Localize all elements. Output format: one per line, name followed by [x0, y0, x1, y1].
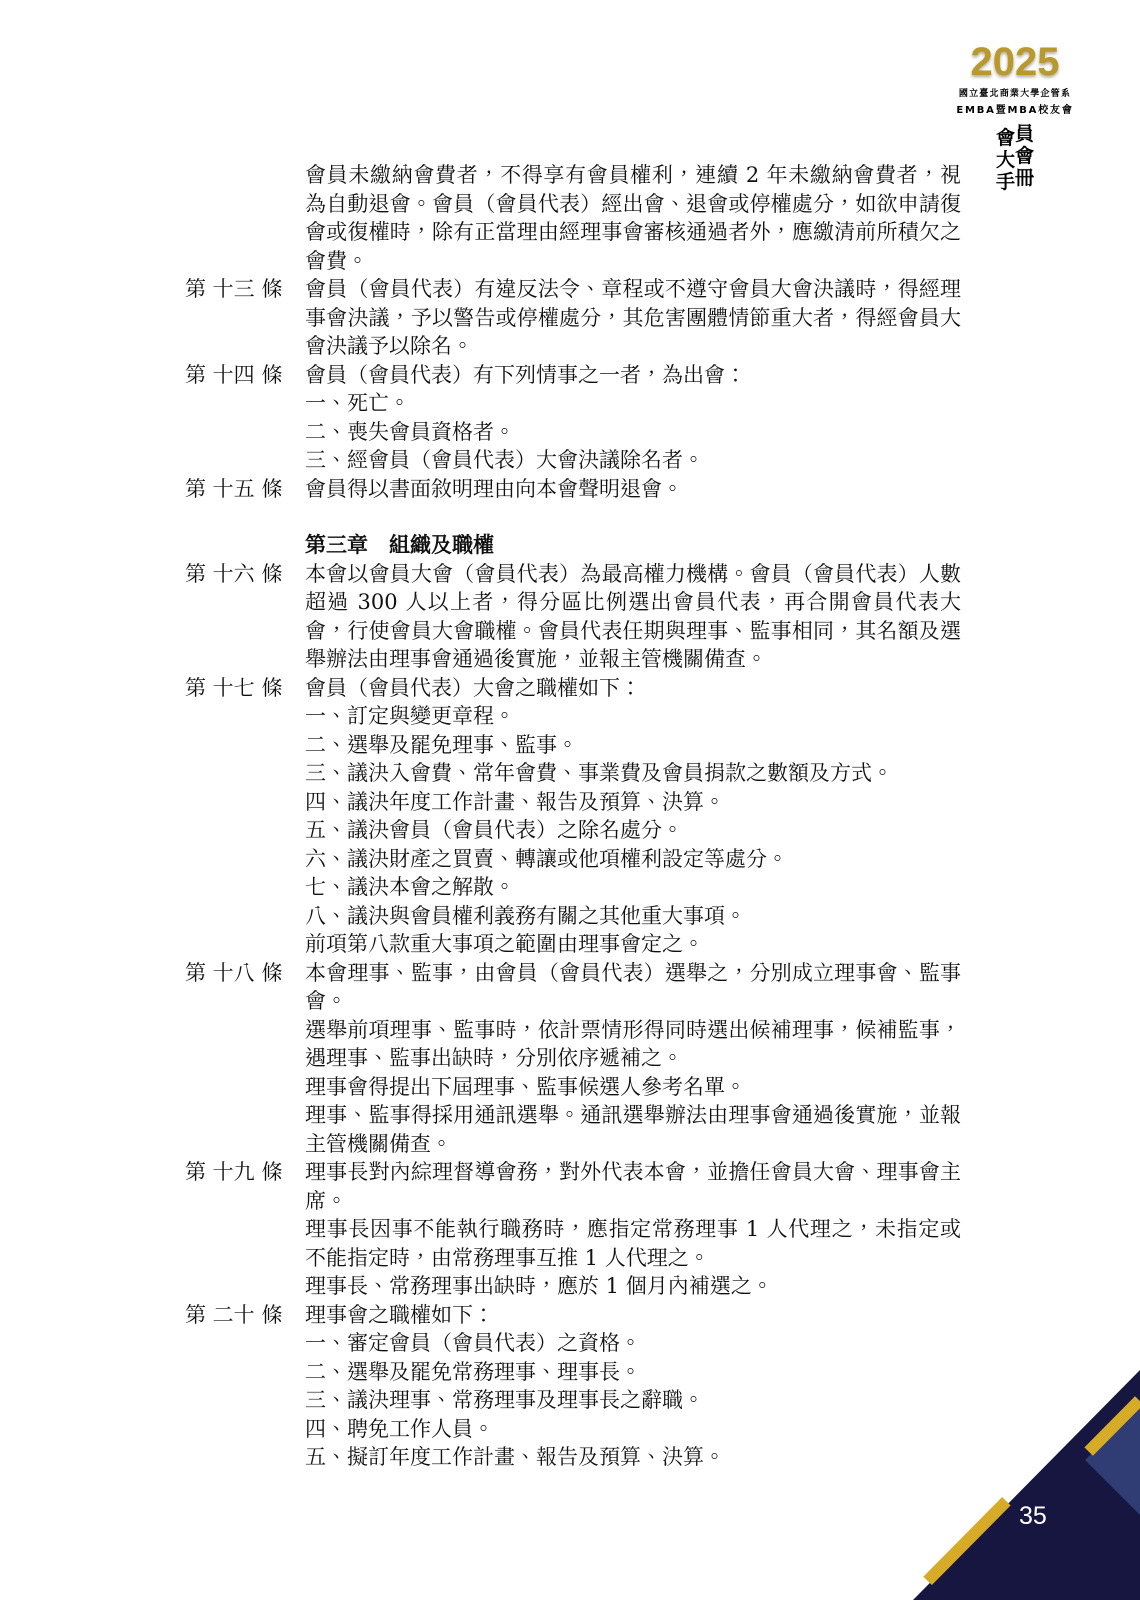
article-number: 第 二十 條	[185, 1301, 305, 1472]
article-paragraph: 五、擬訂年度工作計畫、報告及預算、決算。	[305, 1443, 961, 1472]
handbook-title: 會員大會手冊	[950, 127, 1080, 193]
article-paragraph: 五、議決會員（會員代表）之除名處分。	[305, 816, 961, 845]
article-number: 第 十九 條	[185, 1158, 305, 1301]
article: 第 十九 條理事長對內綜理督導會務，對外代表本會，並擔任會員大會、理事會主席。理…	[185, 1158, 961, 1301]
article-paragraph: 理事會得提出下屆理事、監事候選人參考名單。	[305, 1073, 961, 1102]
article-paragraph: 八、議決與會員權利義務有關之其他重大事項。	[305, 902, 961, 931]
article-paragraph: 三、議決入會費、常年會費、事業費及會員捐款之數額及方式。	[305, 759, 961, 788]
article-paragraph: 三、議決理事、常務理事及理事長之辭職。	[305, 1386, 961, 1415]
handbook-title-char: 員	[1015, 123, 1034, 145]
article-paragraph: 會員（會員代表）有下列情事之一者，為出會：	[305, 361, 961, 390]
handbook-title-char: 會	[1015, 145, 1034, 167]
article: 第 二十 條理事會之職權如下：一、審定會員（會員代表）之資格。二、選舉及罷免常務…	[185, 1301, 961, 1472]
logo-org-line2: EMBA暨MBA校友會	[950, 101, 1080, 116]
article-paragraph: 二、選舉及罷免常務理事、理事長。	[305, 1358, 961, 1387]
chapter-heading: 第三章 組織及職權	[305, 531, 961, 560]
article-content: 本會以會員大會（會員代表）為最高權力機構。會員（會員代表）人數超過 300 人以…	[305, 560, 961, 674]
article-paragraph: 一、審定會員（會員代表）之資格。	[305, 1329, 961, 1358]
article-paragraph: 四、聘免工作人員。	[305, 1415, 961, 1444]
logo-year: 2025	[950, 42, 1080, 82]
article: 第 十八 條本會理事、監事，由會員（會員代表）選舉之，分別成立理事會、監事會。選…	[185, 959, 961, 1159]
article: 第 十三 條會員（會員代表）有違反法令、章程或不遵守會員大會決議時，得經理事會決…	[185, 275, 961, 361]
article-paragraph: 本會理事、監事，由會員（會員代表）選舉之，分別成立理事會、監事會。	[305, 959, 961, 1016]
article-content: 會員（會員代表）大會之職權如下：一、訂定與變更章程。二、選舉及罷免理事、監事。三…	[305, 674, 961, 959]
handbook-page: 2025 國立臺北商業大學企管系 EMBA暨MBA校友會 會員大會手冊 會員未繳…	[0, 0, 1140, 1600]
article-paragraph: 六、議決財產之買賣、轉讓或他項權利設定等處分。	[305, 845, 961, 874]
paragraph-continuation: 會員未繳納會費者，不得享有會員權利，連續 2 年未繳納會費者，視為自動退會。會員…	[185, 161, 961, 275]
article-content: 會員得以書面敘明理由向本會聲明退會。	[305, 475, 961, 504]
article-paragraph: 理事長、常務理事出缺時，應於 1 個月內補選之。	[305, 1272, 961, 1301]
article-content: 會員（會員代表）有下列情事之一者，為出會：一、死亡。二、喪失會員資格者。三、經會…	[305, 361, 961, 475]
article-paragraph: 一、訂定與變更章程。	[305, 702, 961, 731]
article-paragraph: 會員未繳納會費者，不得享有會員權利，連續 2 年未繳納會費者，視為自動退會。會員…	[305, 161, 961, 275]
article-paragraph: 二、喪失會員資格者。	[305, 418, 961, 447]
article-paragraph: 二、選舉及罷免理事、監事。	[305, 731, 961, 760]
logo-org-line1: 國立臺北商業大學企管系	[950, 86, 1080, 99]
handbook-title-char: 冊	[1015, 167, 1034, 189]
article-paragraph: 理事長因事不能執行職務時，應指定常務理事 1 人代理之，未指定或不能指定時，由常…	[305, 1215, 961, 1272]
handbook-title-row: 手冊	[996, 171, 1034, 193]
handbook-title-char: 會	[996, 127, 1015, 149]
document-body: 會員未繳納會費者，不得享有會員權利，連續 2 年未繳納會費者，視為自動退會。會員…	[185, 161, 961, 1472]
article-number: 第 十八 條	[185, 959, 305, 1159]
article-paragraph: 會員（會員代表）大會之職權如下：	[305, 674, 961, 703]
article-paragraph: 理事、監事得採用通訊選舉。通訊選舉辦法由理事會通過後實施，並報主管機關備查。	[305, 1101, 961, 1158]
page-number: 35	[1019, 1504, 1047, 1529]
article-number: 第 十六 條	[185, 560, 305, 674]
article: 第 十四 條會員（會員代表）有下列情事之一者，為出會：一、死亡。二、喪失會員資格…	[185, 361, 961, 475]
article-paragraph: 會員得以書面敘明理由向本會聲明退會。	[305, 475, 961, 504]
article: 第 十七 條會員（會員代表）大會之職權如下：一、訂定與變更章程。二、選舉及罷免理…	[185, 674, 961, 959]
article-number: 第 十七 條	[185, 674, 305, 959]
article-number: 第 十四 條	[185, 361, 305, 475]
article-paragraph: 七、議決本會之解散。	[305, 873, 961, 902]
article-paragraph: 理事長對內綜理督導會務，對外代表本會，並擔任會員大會、理事會主席。	[305, 1158, 961, 1215]
article-paragraph: 三、經會員（會員代表）大會決議除名者。	[305, 446, 961, 475]
handbook-title-char: 大	[996, 149, 1015, 171]
article-paragraph: 會員（會員代表）有違反法令、章程或不遵守會員大會決議時，得經理事會決議，予以警告…	[305, 275, 961, 361]
article-content: 理事長對內綜理督導會務，對外代表本會，並擔任會員大會、理事會主席。理事長因事不能…	[305, 1158, 961, 1301]
article-paragraph: 理事會之職權如下：	[305, 1301, 961, 1330]
article-content: 本會理事、監事，由會員（會員代表）選舉之，分別成立理事會、監事會。選舉前項理事、…	[305, 959, 961, 1159]
handbook-title-char: 手	[996, 171, 1015, 193]
article-paragraph: 一、死亡。	[305, 389, 961, 418]
article-number: 第 十三 條	[185, 275, 305, 361]
article-content: 會員未繳納會費者，不得享有會員權利，連續 2 年未繳納會費者，視為自動退會。會員…	[305, 161, 961, 275]
article-paragraph: 前項第八款重大事項之範圍由理事會定之。	[305, 930, 961, 959]
article-paragraph: 選舉前項理事、監事時，依計票情形得同時選出候補理事，候補監事，遇理事、監事出缺時…	[305, 1016, 961, 1073]
article-paragraph: 本會以會員大會（會員代表）為最高權力機構。會員（會員代表）人數超過 300 人以…	[305, 560, 961, 674]
article-content: 會員（會員代表）有違反法令、章程或不遵守會員大會決議時，得經理事會決議，予以警告…	[305, 275, 961, 361]
article: 第 十五 條會員得以書面敘明理由向本會聲明退會。	[185, 475, 961, 504]
article-paragraph: 四、議決年度工作計畫、報告及預算、決算。	[305, 788, 961, 817]
article-number: 第 十五 條	[185, 475, 305, 504]
article: 第 十六 條本會以會員大會（會員代表）為最高權力機構。會員（會員代表）人數超過 …	[185, 560, 961, 674]
corner-decoration: 35	[900, 1360, 1140, 1600]
article-content: 理事會之職權如下：一、審定會員（會員代表）之資格。二、選舉及罷免常務理事、理事長…	[305, 1301, 961, 1472]
logo-2025: 2025 國立臺北商業大學企管系 EMBA暨MBA校友會 會員大會手冊	[950, 42, 1080, 193]
article-number	[185, 161, 305, 275]
